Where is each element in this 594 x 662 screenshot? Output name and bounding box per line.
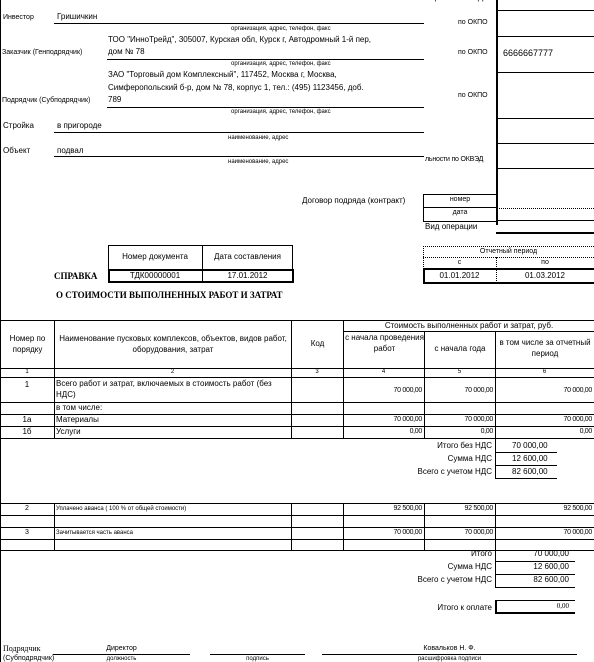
codes-divider xyxy=(497,143,594,144)
site-value[interactable]: в пригороде xyxy=(57,121,102,130)
codes-divider xyxy=(497,72,594,73)
customer-caption: организация, адрес, телефон, факс xyxy=(231,61,331,67)
customer-underline xyxy=(107,59,424,60)
row-c4: 70 000,00 xyxy=(343,387,422,394)
contract-date-label: дата xyxy=(423,209,497,216)
site-underline xyxy=(54,132,424,133)
period-to-value[interactable]: 01.03.2012 xyxy=(496,271,594,280)
row-c6: 70 000,00 xyxy=(495,387,592,394)
doc-title: СПРАВКА xyxy=(54,271,97,281)
customer-value-line1[interactable]: ТОО "ИнноТрейд", 305007, Курская обл, Ку… xyxy=(108,35,371,44)
totals1-divider xyxy=(495,478,557,479)
colnum-6: 6 xyxy=(495,369,594,375)
page-left-border xyxy=(0,0,1,662)
col1-header: Номер по порядку xyxy=(1,333,54,355)
total1-vat-value: 12 600,00 xyxy=(512,454,548,463)
site-label: Стройка xyxy=(3,121,34,130)
name-underline xyxy=(322,654,577,655)
adv-col-divider xyxy=(54,503,55,550)
colnum-1: 1 xyxy=(0,369,54,375)
investor-value[interactable]: Гришичкин xyxy=(57,12,97,21)
codes-divider xyxy=(497,168,594,169)
row-c4: 92 500,00 xyxy=(343,505,422,512)
row-c5: 70 000,00 xyxy=(424,529,493,536)
investor-underline xyxy=(54,23,424,24)
doc-subtitle: О СТОИМОСТИ ВЫПОЛНЕННЫХ РАБОТ И ЗАТРАТ xyxy=(56,290,282,300)
period-to-label: по xyxy=(496,259,594,266)
doc-date-header: Дата составления xyxy=(202,252,293,261)
colnum-3: 3 xyxy=(291,369,343,375)
row-c5: 92 500,00 xyxy=(424,505,493,512)
row-divider xyxy=(0,438,594,439)
totals2-divider xyxy=(495,561,575,562)
row-name: Уплачено аванса ( 100 % от общей стоимос… xyxy=(56,506,186,512)
contract-label: Договор подряда (контракт) xyxy=(302,196,405,205)
to-pay-value: 0,00 xyxy=(497,602,569,610)
codes-divider xyxy=(497,36,594,37)
okpo-contractor-value[interactable]: 6666667777 xyxy=(503,48,553,58)
okved-label: льности по ОКВЭД xyxy=(425,156,483,163)
doc-number-header: Номер документа xyxy=(108,252,202,261)
contractor-label: Подрядчик (Субподрядчик) xyxy=(2,97,90,104)
sign-underline xyxy=(210,654,305,655)
signature-label-line1: Подрядчик xyxy=(3,644,41,653)
okpo-label-customer: по ОКПО xyxy=(458,49,488,56)
period-border xyxy=(423,246,594,247)
row-c5: 70 000,00 xyxy=(424,387,493,394)
position-underline xyxy=(53,654,190,655)
signature-name-value[interactable]: Ковальков Н. Ф. xyxy=(322,645,577,652)
object-underline xyxy=(54,156,424,157)
row-num: 3 xyxy=(0,529,54,536)
row-c4: 0,00 xyxy=(343,428,422,435)
signature-position-value[interactable]: Директор xyxy=(53,645,190,652)
contractor-underline xyxy=(107,107,424,108)
codes-divider xyxy=(497,10,594,11)
investor-label: Инвестор xyxy=(3,14,34,21)
adv-row-divider xyxy=(0,527,594,528)
period-from-label: с xyxy=(423,259,496,266)
total2-with-vat-value: 82 600,00 xyxy=(497,575,569,584)
doc-date-value[interactable]: 17.01.2012 xyxy=(202,271,293,280)
colnum-5: 5 xyxy=(424,369,495,375)
row-name: Зачитывается часть аванса xyxy=(56,530,133,536)
total2-vat-value: 12 600,00 xyxy=(497,562,569,571)
period-header: Отчетный период xyxy=(423,248,594,255)
customer-value-line2[interactable]: дом № 78 xyxy=(108,47,145,56)
codes-divider xyxy=(497,220,594,221)
total1-vat-label: Сумма НДС xyxy=(340,454,492,463)
contractor-value-line3[interactable]: 789 xyxy=(108,95,121,104)
period-values-top xyxy=(423,268,594,270)
totals2-border xyxy=(495,550,496,587)
row-c6: 92 500,00 xyxy=(495,505,592,512)
operation-type-label: Вид операции xyxy=(425,222,477,231)
row-c5: 0,00 xyxy=(424,428,493,435)
row-c5: 70 000,00 xyxy=(424,416,493,423)
row-name: Услуги xyxy=(56,427,81,436)
total1-value: 70 000,00 xyxy=(512,441,548,450)
site-caption: наименование, адрес xyxy=(228,135,288,141)
cost-group-header: Стоимость выполненных работ и затрат, ру… xyxy=(344,321,594,330)
total2-value: 70 000,00 xyxy=(497,549,569,558)
row-c4: 70 000,00 xyxy=(343,416,422,423)
customer-label: Заказчик (Генподрядчик) xyxy=(2,49,82,56)
contract-number-label: номер xyxy=(423,196,497,203)
total1-with-vat-value: 82 600,00 xyxy=(512,467,548,476)
col2-header: Наименование пусковых комплексов, объект… xyxy=(56,333,290,355)
row-c4: 70 000,00 xyxy=(343,529,422,536)
okpo-label-contractor: по ОКПО xyxy=(458,92,488,99)
col4-header: с начала проведения работ xyxy=(345,332,424,354)
sign-caption[interactable]: подпись xyxy=(210,656,305,662)
row-num: 1 xyxy=(0,380,54,389)
row-num: 1а xyxy=(0,415,54,424)
signature-label-line2: (Субподрядчик) xyxy=(3,655,54,662)
contractor-value-line2[interactable]: Симферопольский б-р, дом № 78, корпус 1,… xyxy=(108,83,364,92)
period-values-bottom xyxy=(423,282,594,284)
doc-number-value[interactable]: ТДК00000001 xyxy=(108,271,202,280)
codes-divider xyxy=(497,208,594,209)
adv-row-divider xyxy=(0,539,594,540)
period-border xyxy=(423,257,594,258)
adv-row-divider xyxy=(0,503,594,504)
col6-header: в том числе за отчетный период xyxy=(496,337,594,359)
row-name: в том числе: xyxy=(56,403,102,412)
col5-header: с начала года xyxy=(425,344,495,353)
row-name: Всего работ и затрат, включаемых в стоим… xyxy=(56,378,290,400)
adv-row-divider xyxy=(0,515,594,516)
okpo-label-investor: по ОКПО xyxy=(458,19,488,26)
total1-with-vat-label: Всего с учетом НДС xyxy=(340,467,492,476)
codes-box-left-border xyxy=(496,0,498,225)
object-caption: наименование, адрес xyxy=(228,159,288,165)
row-c6: 0,00 xyxy=(495,428,592,435)
row-name: Материалы xyxy=(56,415,99,424)
investor-caption: организация, адрес, телефон, факс xyxy=(231,26,331,32)
table-col-divider xyxy=(291,320,292,439)
totals2-divider xyxy=(495,574,575,575)
row-num: 1б xyxy=(0,427,54,436)
total1-label: Итого без НДС xyxy=(340,441,492,450)
total2-vat-label: Сумма НДС xyxy=(340,562,492,571)
col3-header: Код xyxy=(292,339,343,348)
total2-with-vat-label: Всего с учетом НДС xyxy=(340,575,492,584)
table-col-divider xyxy=(54,320,55,439)
row-c6: 70 000,00 xyxy=(495,529,592,536)
contractor-caption: организация, адрес, телефон, факс xyxy=(231,109,331,115)
totals2-divider xyxy=(495,587,575,588)
object-label: Объект xyxy=(3,146,30,155)
codes-divider xyxy=(497,118,594,119)
form-okud-label: Форма по ОКУД xyxy=(424,0,483,2)
name-caption: расшифровка подписи xyxy=(322,656,577,662)
colnum-2: 2 xyxy=(54,369,291,375)
totals1-divider xyxy=(495,452,557,453)
to-pay-label: Итого к оплате xyxy=(340,603,492,612)
codes-box-bottom xyxy=(496,232,594,234)
row-c6: 70 000,00 xyxy=(495,416,592,423)
position-caption: должность xyxy=(53,656,190,662)
contract-divider xyxy=(423,207,497,208)
period-from-value[interactable]: 01.01.2012 xyxy=(423,271,496,280)
colnum-4: 4 xyxy=(343,369,424,375)
object-value[interactable]: подвал xyxy=(57,146,84,155)
row-divider xyxy=(0,426,594,427)
adv-col-divider xyxy=(291,503,292,550)
contractor-value-line1[interactable]: ЗАО "Торговый дом Комплексный", 117452, … xyxy=(108,70,337,79)
totals1-divider xyxy=(495,465,557,466)
totals1-border xyxy=(495,438,496,478)
row-num: 2 xyxy=(0,505,54,512)
total2-label: Итого xyxy=(340,549,492,558)
